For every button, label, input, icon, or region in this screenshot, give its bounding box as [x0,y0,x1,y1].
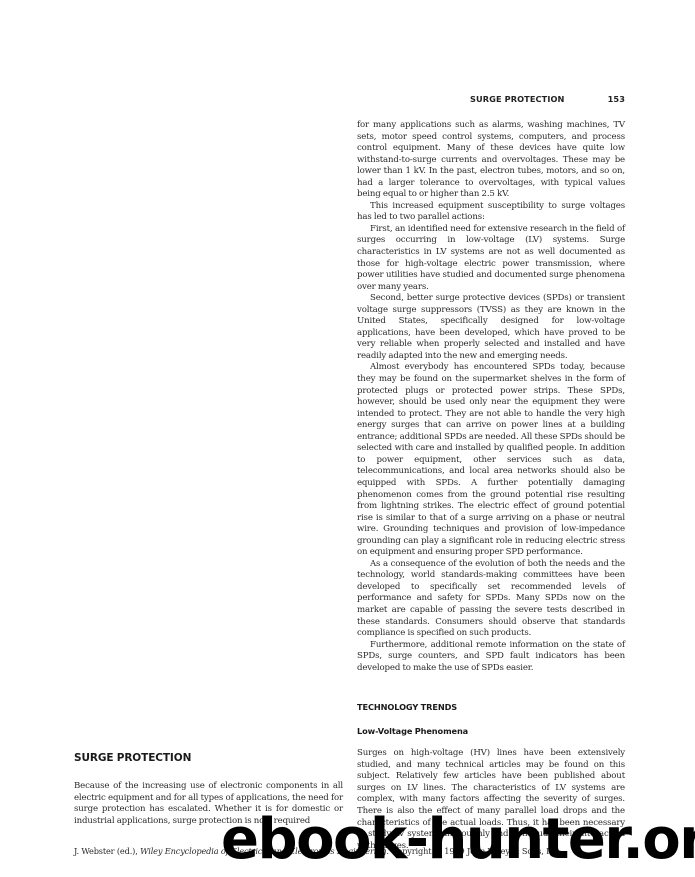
paragraph: This increased equipment susceptibility … [357,201,625,224]
page-number: 153 [608,94,625,104]
article-title: SURGE PROTECTION [74,752,343,765]
paragraph: Second, better surge protective devices … [357,293,625,362]
subsection-heading: Low-Voltage Phenomena [357,726,625,737]
running-header-title: SURGE PROTECTION [470,94,565,104]
document-page: SURGE PROTECTION 153 for many applicatio… [0,0,695,877]
paragraph: First, an identified need for extensive … [357,224,625,293]
paragraph: for many applications such as alarms, wa… [357,120,625,201]
section-heading: TECHNOLOGY TRENDS [357,702,625,713]
footer-prefix: J. Webster (ed.), [74,846,140,856]
paragraph: As a consequence of the evolution of bot… [357,559,625,640]
paragraph: Furthermore, additional remote informati… [357,640,625,675]
running-header: SURGE PROTECTION 153 [470,94,625,104]
paragraph: Almost everybody has encountered SPDs to… [357,362,625,558]
right-column: for many applications such as alarms, wa… [357,120,625,852]
watermark: ebook-hunter.org [221,812,695,868]
